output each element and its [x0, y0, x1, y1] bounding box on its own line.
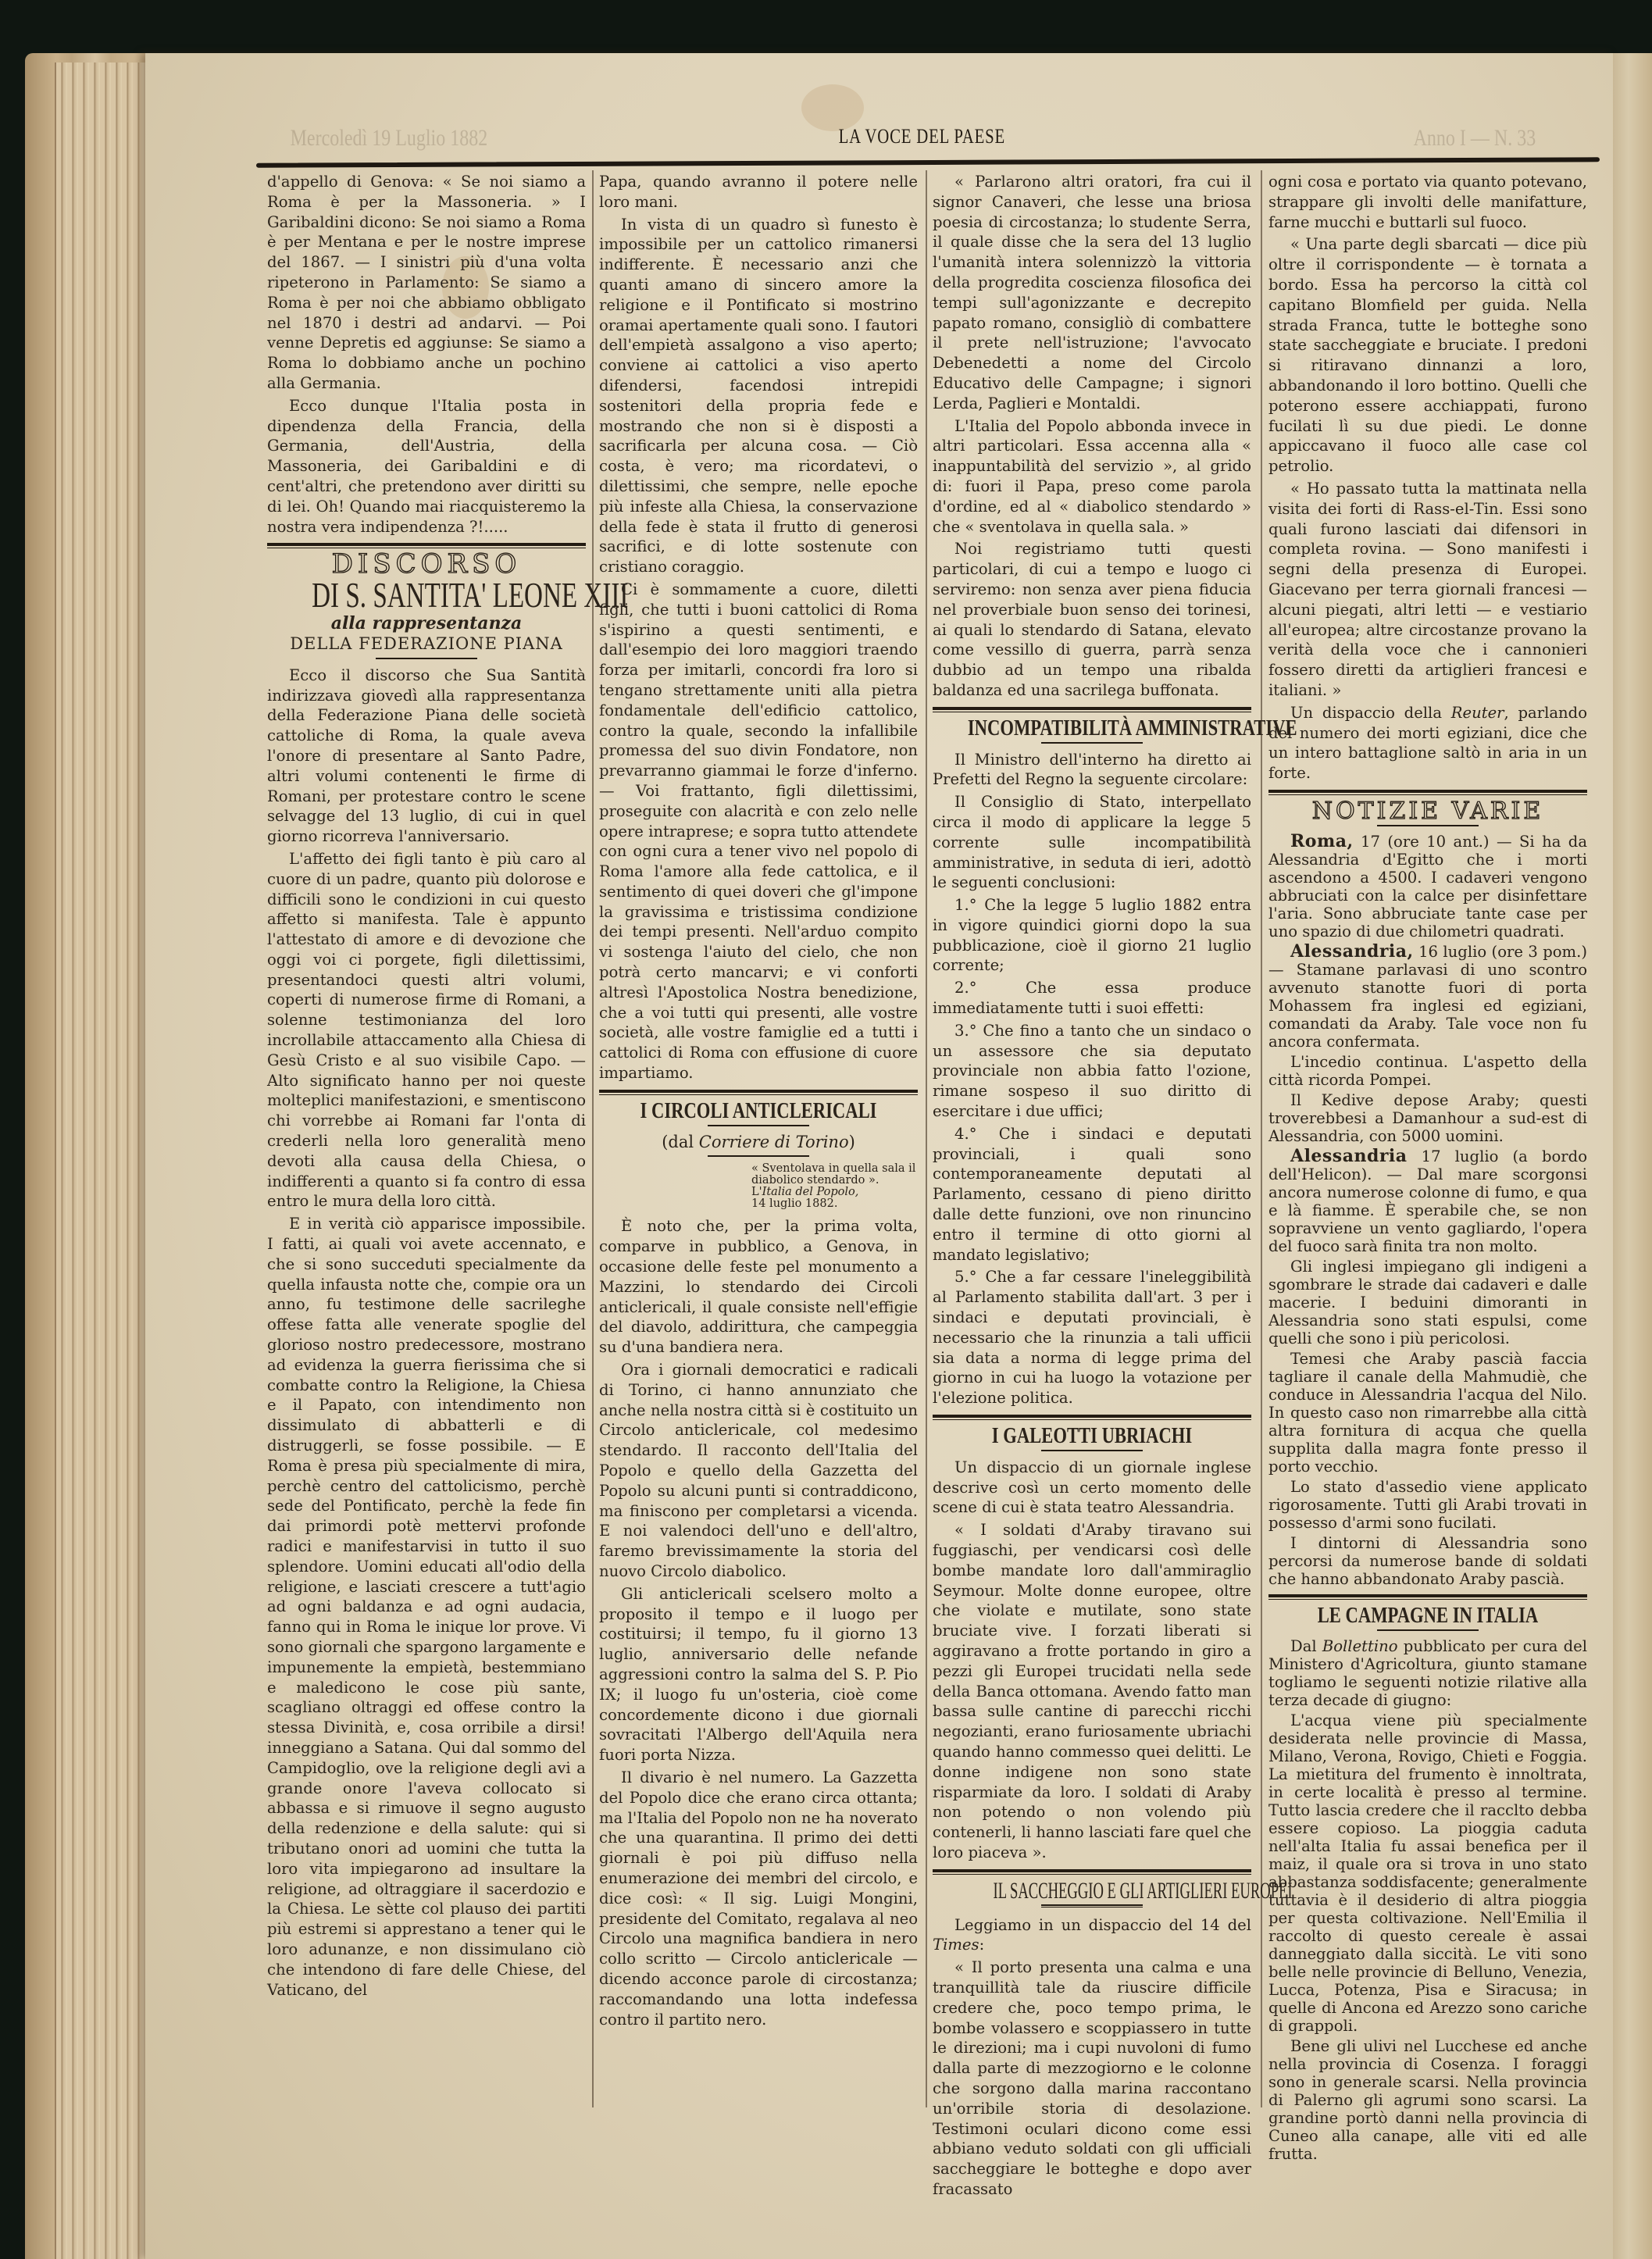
section-rule	[1268, 1594, 1587, 1597]
campagne-body: Dal Bollettino pubblicato per cura del M…	[1268, 1637, 1587, 2163]
intro-prefix: Dal	[1290, 1637, 1322, 1655]
section-rule	[1268, 790, 1587, 793]
section-rule	[933, 712, 1251, 712]
list-item: 2.° Che essa produce immediatamente tutt…	[933, 978, 1251, 1019]
short-rule	[708, 1155, 809, 1157]
column-3: « Parlarono altri oratori, fra cui il si…	[933, 172, 1251, 2101]
section-rule	[933, 707, 1251, 710]
news-text: Lo stato d'assedio viene applicato rigor…	[1268, 1478, 1587, 1532]
article-paragraph: E in verità ciò apparisce impossibile. I…	[267, 1214, 586, 2000]
epigraph: « Sventolava in quella sala il diabolico…	[751, 1163, 918, 1210]
short-rule	[1041, 742, 1143, 744]
column-divider	[592, 170, 594, 2107]
news-text: L'incedio continua. L'aspetto della citt…	[1268, 1053, 1587, 1089]
article-paragraph: « Parlarono altri oratori, fra cui il si…	[933, 172, 1251, 414]
list-item: 4.° Che i sindaci e deputati provinciali…	[933, 1124, 1251, 1265]
news-item: L'incedio continua. L'aspetto della citt…	[1268, 1053, 1587, 1089]
article-paragraph: Il Ministro dell'interno ha diretto ai P…	[933, 750, 1251, 790]
source-prefix: (dal	[662, 1133, 699, 1151]
section-rule	[599, 1094, 918, 1095]
source-times: Times	[933, 1936, 979, 1954]
dateline: Roma,	[1290, 831, 1354, 851]
news-item: Alessandria 17 luglio (a bordo dell'Heli…	[1268, 1147, 1587, 1255]
column-1: d'appello di Genova: « Se noi siamo a Ro…	[267, 172, 586, 2101]
list-item: 5.° Che a far cessare l'ineleggibilità a…	[933, 1267, 1251, 1408]
article-paragraph: Noi registriamo tutti questi particolari…	[933, 539, 1251, 700]
short-rule	[376, 658, 477, 659]
article-paragraph: L'Italia del Popolo abbonda invece in al…	[933, 416, 1251, 537]
epigraph-source: Italia del Popolo,	[762, 1186, 859, 1198]
news-item: Il Kedive depose Araby; questi troverebb…	[1268, 1091, 1587, 1145]
column-4: ogni cosa e portato via quanto potevano,…	[1268, 172, 1587, 2101]
news-item: Gli inglesi impiegano gli indigeni a sgo…	[1268, 1258, 1587, 1347]
section-rule	[599, 1090, 918, 1093]
headline-circoli: I CIRCOLI ANTICLERICALI	[634, 1101, 883, 1122]
short-rule	[1377, 1629, 1479, 1631]
article-paragraph: Un dispaccio di un giornale inglese desc…	[933, 1458, 1251, 1518]
article-paragraph: Ecco dunque l'Italia posta in dipendenza…	[267, 396, 586, 537]
headline-kicker: DISCORSO	[267, 555, 586, 575]
right-page-edge	[1613, 53, 1652, 2259]
short-rule	[708, 1125, 809, 1126]
section-rule	[1268, 1599, 1587, 1600]
section-rule	[933, 1869, 1251, 1872]
source-credit: (dal Corriere di Torino)	[599, 1133, 918, 1153]
section-rule	[933, 1415, 1251, 1418]
dateline: Alessandria	[1290, 1146, 1408, 1166]
news-text: Temesi che Araby pascià faccia tagliare …	[1268, 1350, 1587, 1476]
article-paragraph: Dal Bollettino pubblicato per cura del M…	[1268, 1637, 1587, 1709]
masthead: LA VOCE DEL PAESE	[258, 125, 1586, 156]
section-rule	[933, 1874, 1251, 1875]
article-paragraph: Il divario è nel numero. La Gazzetta del…	[599, 1768, 918, 2029]
news-item: Temesi che Araby pascià faccia tagliare …	[1268, 1350, 1587, 1476]
intro-suffix: :	[979, 1936, 985, 1954]
article-paragraph: Ci è sommamente a cuore, diletti figli, …	[599, 580, 918, 1083]
headline-notizie-varie: NOTIZIE VARIE	[1268, 801, 1587, 822]
article-paragraph: Il Consiglio di Stato, interpellato circ…	[933, 792, 1251, 893]
source-name: Corriere di Torino	[699, 1133, 849, 1151]
news-text: Il Kedive depose Araby; questi troverebb…	[1268, 1091, 1587, 1145]
headline-galeotti: I GALEOTTI UBRIACHI	[968, 1426, 1216, 1447]
epigraph-date: 14 luglio 1882.	[751, 1197, 837, 1210]
page-edges-stack	[55, 62, 148, 2259]
news-text: Gli inglesi impiegano gli indigeni a sgo…	[1268, 1258, 1587, 1347]
short-rule	[1041, 1450, 1143, 1451]
news-item: I dintorni di Alessandria sono percorsi …	[1268, 1534, 1587, 1588]
list-item: 1.° Che la legge 5 luglio 1882 entra in …	[933, 895, 1251, 976]
news-text: I dintorni di Alessandria sono percorsi …	[1268, 1534, 1587, 1588]
paper-stain	[801, 84, 864, 131]
source-suffix: )	[849, 1133, 855, 1151]
headline-saccheggio: IL SACCHEGGIO E GLI ARTIGLIERI EUROPEI	[994, 1881, 1191, 1901]
source-bollettino: Bollettino	[1322, 1637, 1398, 1655]
article-paragraph: In vista di un quadro sì funesto è impos…	[599, 215, 918, 577]
article-paragraph: « Il porto presenta una calma e una tran…	[933, 1957, 1251, 2200]
section-rule	[267, 543, 586, 546]
subheadline-italic: alla rappresentanza	[267, 614, 586, 634]
article-paragraph: Ecco il discorso che Sua Santità indiriz…	[267, 666, 586, 847]
short-rule	[1377, 825, 1479, 826]
article-paragraph: Leggiamo in un dispaccio del 14 del Time…	[933, 1915, 1251, 1956]
article-paragraph: L'affetto dei figli tanto è più caro al …	[267, 849, 586, 1212]
article-paragraph: È noto che, per la prima volta, comparve…	[599, 1216, 918, 1358]
article-paragraph: L'acqua viene più specialmente desiderat…	[1268, 1711, 1587, 2035]
section-rule	[1268, 794, 1587, 795]
news-item: Lo stato d'assedio viene applicato rigor…	[1268, 1478, 1587, 1532]
news-item: Roma, 17 (ore 10 ant.) — Si ha da Alessa…	[1268, 833, 1587, 940]
article-paragraph: ogni cosa e portato via quanto potevano,…	[1268, 172, 1587, 232]
news-item: Alessandria, 16 luglio (ore 3 pom.) — St…	[1268, 943, 1587, 1051]
column-divider	[1261, 170, 1262, 2107]
headline-incompatibilita: INCOMPATIBILITÀ AMMINISTRATIVE	[968, 719, 1216, 739]
article-paragraph: Papa, quando avranno il potere nelle lor…	[599, 172, 918, 212]
intro-text: Leggiamo in un dispaccio del 14 del	[954, 1916, 1251, 1934]
article-paragraph: d'appello di Genova: « Se noi siamo a Ro…	[267, 172, 586, 394]
article-paragraph: Gli anticlericali scelsero molto a propo…	[599, 1584, 918, 1765]
double-rule	[1041, 1904, 1143, 1907]
news-items: Roma, 17 (ore 10 ant.) — Si ha da Alessa…	[1268, 833, 1587, 1588]
column-2: Papa, quando avranno il potere nelle lor…	[599, 172, 918, 2101]
column-divider	[926, 170, 927, 2107]
article-paragraph: « Una parte degli sbarcati — dice più ol…	[1268, 234, 1587, 476]
article-paragraph: Un dispaccio della Reuter, parlando del …	[1268, 703, 1587, 783]
dateline: Alessandria,	[1290, 941, 1414, 962]
article-paragraph: « Ho passato tutta la mattinata nella vi…	[1268, 479, 1587, 701]
subheadline-caps: DELLA FEDERAZIONE PIANA	[267, 634, 586, 655]
reuter-prefix: Un dispaccio della	[1290, 704, 1451, 722]
section-rule	[933, 1419, 1251, 1420]
article-paragraph: Ora i giornali democratici e radicali di…	[599, 1360, 918, 1582]
headline-discorso: DI S. SANTITA' LEONE XIII	[312, 576, 541, 614]
newspaper-title: LA VOCE DEL PAESE	[838, 125, 1004, 148]
article-paragraph: Bene gli ulivi nel Lucchese ed anche nel…	[1268, 2037, 1587, 2163]
source-reuter: Reuter	[1451, 704, 1504, 722]
headline-campagne: LE CAMPAGNE IN ITALIA	[1304, 1606, 1552, 1626]
article-paragraph: « I soldati d'Araby tiravano sui fuggias…	[933, 1520, 1251, 1863]
list-item: 3.° Che fino a tanto che un sindaco o un…	[933, 1021, 1251, 1122]
